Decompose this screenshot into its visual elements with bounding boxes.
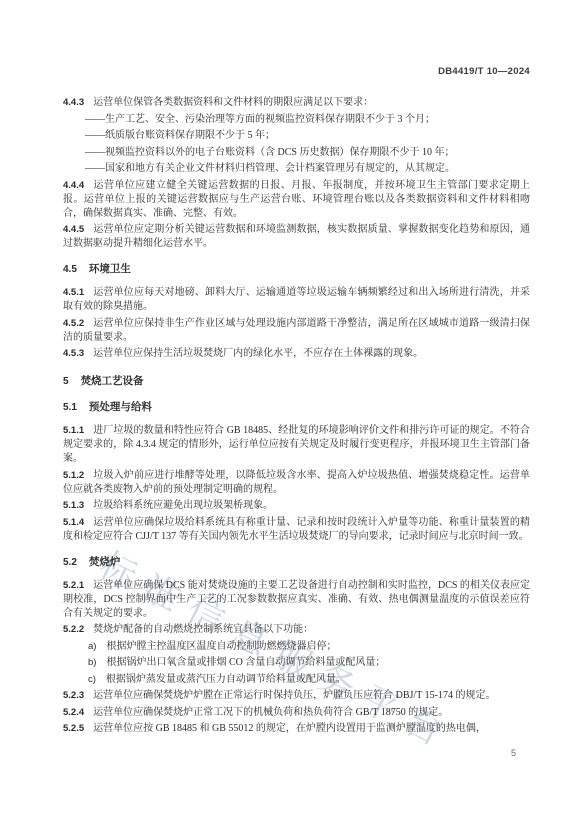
clause-text: 运营单位应确保焚烧炉正常工况下的机械负荷和热负荷符合 GB/T 18750 的规…: [93, 707, 448, 718]
clause-text: 垃圾给料系统应避免出现垃圾架桥现象。: [93, 500, 273, 511]
clause-number: 4.5.2: [63, 318, 84, 329]
clause-text: 运营单位应保持非生产作业区域与处理设施内部道路干净整洁，满足所在区域城市道路一级…: [63, 318, 530, 343]
clause-text: 根据锅炉出口氧含量或排烟 CO 含量自动调节给料量或配风量；: [106, 657, 385, 668]
clause-paragraph: 5.2.2焚烧炉配备的自动燃烧控制系统宜具备以下功能：: [63, 623, 530, 637]
lettered-list-item: b)根据锅炉出口氧含量或排烟 CO 含量自动调节给料量或配风量；: [63, 656, 530, 670]
page-footer: 5: [511, 748, 516, 758]
clause-text: 运营单位保管各类数据资料和文件材料的期限应满足以下要求：: [93, 97, 373, 108]
page-header: DB4419/T 10—2024: [63, 66, 530, 77]
dash-list-item: ——国家和地方有关企业文件材料归档管理、会计档案管理另有规定的，从其规定。: [63, 162, 530, 176]
clause-paragraph: 5.1.3垃圾给料系统应避免出现垃圾架桥现象。: [63, 499, 530, 513]
page-number: 5: [511, 748, 516, 758]
list-item-letter: c): [88, 674, 96, 685]
clause-paragraph: 4.5.2运营单位应保持非生产作业区域与处理设施内部道路干净整洁，满足所在区域城…: [63, 317, 530, 345]
clause-text: 运营单位应保持生活垃圾焚烧厂内的绿化水平，不应存在土体裸露的现象。: [93, 348, 423, 359]
clause-number: 5.1.4: [63, 517, 84, 528]
section-heading: 5.2焚烧炉: [63, 556, 530, 570]
clause-number: 5.1.3: [63, 500, 84, 511]
clause-number: 4.4.5: [63, 224, 84, 235]
clause-number: 5.1.1: [63, 425, 84, 436]
clause-text: 焚烧炉配备的自动燃烧控制系统宜具备以下功能：: [93, 624, 313, 635]
clause-text: 运营单位应定期分析关键运营数据和环境监测数据，核实数据质量、掌握数据变化趋势和原…: [63, 224, 530, 249]
clause-paragraph: 4.4.5运营单位应定期分析关键运营数据和环境监测数据，核实数据质量、掌握数据变…: [63, 223, 530, 251]
clause-text: 垃圾入炉前应进行堆酵等处理，以降低垃圾含水率、提高入炉垃圾热值、增强焚烧稳定性。…: [63, 470, 530, 495]
clause-paragraph: 4.5.3运营单位应保持生活垃圾焚烧厂内的绿化水平，不应存在土体裸露的现象。: [63, 347, 530, 361]
document-page: DB4419/T 10—2024 标准信息服务平台 4.4.3运营单位保管各类数…: [0, 0, 578, 818]
clause-text: 环境卫生: [89, 264, 131, 275]
document-body: 4.4.3运营单位保管各类数据资料和文件材料的期限应满足以下要求：——生产工艺、…: [63, 96, 530, 739]
clause-text: 进厂垃圾的数量和特性应符合 GB 18485、经批复的环境影响评价文件和排污许可…: [63, 425, 530, 464]
clause-paragraph: 4.4.3运营单位保管各类数据资料和文件材料的期限应满足以下要求：: [63, 96, 530, 110]
clause-number: 5: [63, 376, 69, 387]
clause-text: ——纸质版台账资料保存期限不少于 5 年；: [85, 130, 275, 141]
clause-number: 4.4.3: [63, 97, 84, 108]
clause-text: 根据锅炉蒸发量或蒸汽压力自动调节给料量或配风量。: [106, 674, 346, 685]
clause-number: 5.2.1: [63, 580, 84, 591]
clause-text: ——视频监控资料以外的电子台账资料（含 DCS 历史数据）保存期限不少于 10 …: [85, 147, 454, 158]
dash-list-item: ——纸质版台账资料保存期限不少于 5 年；: [63, 129, 530, 143]
clause-number: 5.2.3: [63, 690, 84, 701]
clause-paragraph: 5.2.3运营单位应确保焚烧炉炉膛在正常运行时保持负压，炉膛负压应符合 DBJ/…: [63, 689, 530, 703]
clause-number: 5.1.2: [63, 470, 84, 481]
clause-number: 5.2: [63, 557, 77, 568]
clause-number: 4.5: [63, 264, 77, 275]
lettered-list-item: a)根据炉膛主控温度区温度自动控制助燃燃烧器启停；: [63, 640, 530, 654]
clause-text: 焚烧工艺设备: [81, 376, 144, 387]
clause-paragraph: 4.5.1运营单位应每天对地磅、卸料大厅、运输通道等垃圾运输车辆频繁经过和出入场…: [63, 286, 530, 314]
clause-text: 运营单位应按 GB 18485 和 GB 55012 的规定，在炉膛内设置用于监…: [93, 723, 486, 734]
clause-text: 焚烧炉: [89, 557, 121, 568]
clause-text: 运营单位应每天对地磅、卸料大厅、运输通道等垃圾运输车辆频繁经过和出入场所进行清洗…: [63, 287, 530, 312]
clause-paragraph: 4.4.4运营单位应建立健全关键运营数据的日报、月报、年报制度，并按环境卫生主管…: [63, 179, 530, 221]
lettered-list-item: c)根据锅炉蒸发量或蒸汽压力自动调节给料量或配风量。: [63, 673, 530, 687]
clause-text: 运营单位应确保垃圾给料系统具有称重计量、记录和按时段统计入炉量等功能、称重计量装…: [63, 517, 530, 542]
clause-paragraph: 5.2.1运营单位应确保 DCS 能对焚烧设施的主要工艺设备进行自动控制和实时监…: [63, 579, 530, 621]
section-heading: 4.5环境卫生: [63, 263, 530, 277]
section-heading: 5焚烧工艺设备: [63, 375, 530, 389]
clause-text: 根据炉膛主控温度区温度自动控制助燃燃烧器启停；: [106, 641, 336, 652]
list-item-letter: b): [88, 657, 96, 668]
clause-paragraph: 5.2.5运营单位应按 GB 18485 和 GB 55012 的规定，在炉膛内…: [63, 722, 530, 736]
clause-text: ——国家和地方有关企业文件材料归档管理、会计档案管理另有规定的，从其规定。: [85, 163, 455, 174]
clause-text: ——生产工艺、安全、污染治理等方面的视频监控资料保存期限不少于 3 个月；: [85, 114, 435, 125]
clause-number: 4.5.1: [63, 287, 84, 298]
clause-text: 运营单位应建立健全关键运营数据的日报、月报、年报制度，并按环境卫生主管部门要求定…: [63, 180, 530, 219]
clause-paragraph: 5.1.1进厂垃圾的数量和特性应符合 GB 18485、经批复的环境影响评价文件…: [63, 424, 530, 466]
clause-number: 4.5.3: [63, 348, 84, 359]
clause-paragraph: 5.1.4运营单位应确保垃圾给料系统具有称重计量、记录和按时段统计入炉量等功能、…: [63, 516, 530, 544]
dash-list-item: ——视频监控资料以外的电子台账资料（含 DCS 历史数据）保存期限不少于 10 …: [63, 146, 530, 160]
clause-number: 5.2.5: [63, 723, 84, 734]
clause-paragraph: 5.2.4运营单位应确保焚烧炉正常工况下的机械负荷和热负荷符合 GB/T 187…: [63, 706, 530, 720]
list-item-letter: a): [88, 641, 96, 652]
clause-number: 4.4.4: [63, 180, 84, 191]
section-heading: 5.1预处理与给料: [63, 401, 530, 415]
clause-number: 5.1: [63, 402, 77, 413]
clause-text: 运营单位应确保焚烧炉炉膛在正常运行时保持负压，炉膛负压应符合 DBJ/T 15-…: [93, 690, 495, 701]
clause-text: 预处理与给料: [89, 402, 152, 413]
clause-paragraph: 5.1.2垃圾入炉前应进行堆酵等处理，以降低垃圾含水率、提高入炉垃圾热值、增强焚…: [63, 469, 530, 497]
clause-number: 5.2.2: [63, 624, 84, 635]
clause-text: 运营单位应确保 DCS 能对焚烧设施的主要工艺设备进行自动控制和实时监控，DCS…: [63, 580, 530, 619]
dash-list-item: ——生产工艺、安全、污染治理等方面的视频监控资料保存期限不少于 3 个月；: [63, 113, 530, 127]
clause-number: 5.2.4: [63, 707, 84, 718]
standard-number: DB4419/T 10—2024: [438, 66, 530, 77]
